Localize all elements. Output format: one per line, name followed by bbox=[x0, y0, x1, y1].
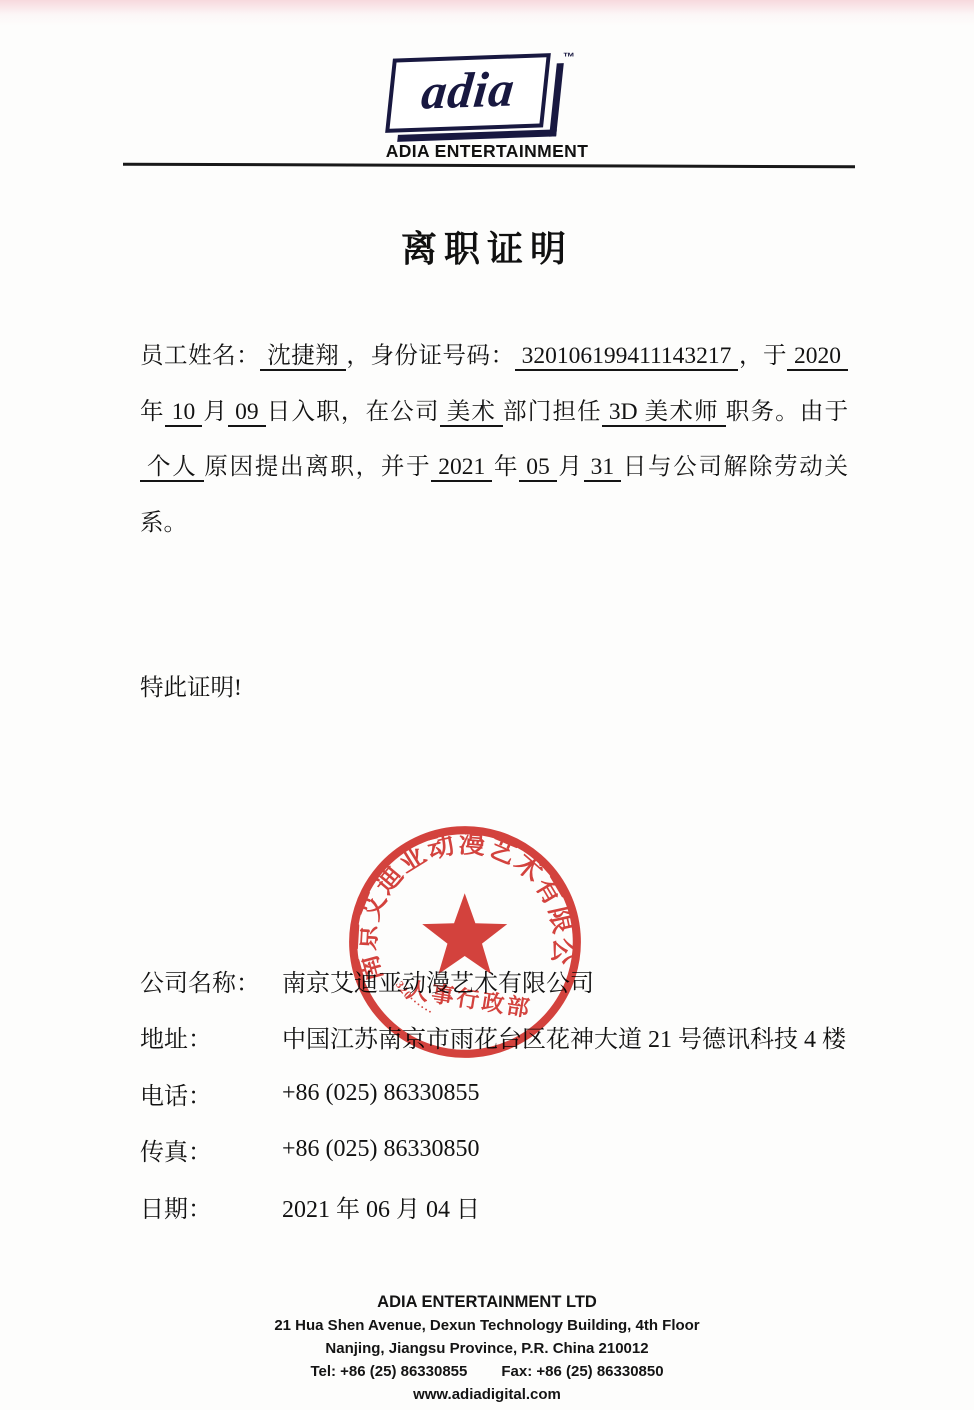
info-label: 地址： bbox=[140, 1019, 282, 1054]
body-text: ，身份证号码： bbox=[346, 343, 514, 369]
leave-day-field: 31 bbox=[584, 454, 622, 482]
document-title: 离职证明 bbox=[0, 221, 974, 272]
star-icon bbox=[422, 893, 507, 974]
footer-website: www.adiadigital.com bbox=[0, 1383, 974, 1406]
reason-field: 个人 bbox=[140, 454, 204, 482]
info-value: 2021 年 06 月 04 日 bbox=[282, 1189, 880, 1224]
hire-day-field: 09 bbox=[228, 399, 266, 427]
footer-fax: Fax: +86 (25) 86330850 bbox=[501, 1360, 663, 1383]
seal-company-arc-text: 南京艾迪亚动漫艺术有限公司 bbox=[335, 812, 582, 987]
id-number-field: 320106199411143217 bbox=[515, 343, 739, 371]
document-page: adia ™ ADIA ENTERTAINMENT 离职证明 员工姓名：沈捷翔，… bbox=[0, 0, 974, 1410]
info-row-fax: 传真： +86 (025) 86330850 bbox=[140, 1122, 880, 1179]
body-text: 部门担任 bbox=[503, 399, 602, 425]
body-text: ，于 bbox=[738, 343, 787, 369]
body-text: 年 bbox=[140, 399, 165, 425]
info-row-phone: 电话： +86 (025) 86330855 bbox=[140, 1065, 880, 1122]
hire-month-field: 10 bbox=[165, 399, 203, 427]
company-seal: 南京艾迪亚动漫艺术有限公司 人事行政部 320······ bbox=[335, 812, 595, 1072]
body-paragraph: 员工姓名：沈捷翔，身份证号码：320106199411143217，于2020年… bbox=[140, 329, 848, 551]
body-text: 月 bbox=[557, 454, 584, 480]
scan-noise-band bbox=[0, 0, 974, 26]
footer-address-line1: 21 Hua Shen Avenue, Dexun Technology Bui… bbox=[0, 1314, 974, 1337]
position-field: 3D 美术师 bbox=[602, 399, 726, 427]
info-label: 电话： bbox=[140, 1076, 282, 1111]
footer-address-line2: Nanjing, Jiangsu Province, P.R. China 21… bbox=[0, 1337, 974, 1360]
body-text: 月 bbox=[202, 399, 228, 425]
body-text: 日入职，在公司 bbox=[266, 399, 440, 425]
hire-year-field: 2020 bbox=[787, 343, 848, 371]
logo-box: adia bbox=[385, 53, 551, 133]
info-row-date: 日期： 2021 年 06 月 04 日 bbox=[140, 1178, 880, 1235]
header-divider bbox=[123, 163, 855, 169]
leave-month-field: 05 bbox=[519, 454, 557, 482]
body-text: 员工姓名： bbox=[140, 343, 260, 369]
footer-tel: Tel: +86 (25) 86330855 bbox=[310, 1360, 467, 1383]
footer-company-name: ADIA ENTERTAINMENT LTD bbox=[0, 1291, 974, 1314]
leave-year-field: 2021 bbox=[431, 454, 492, 482]
body-text: 年 bbox=[492, 454, 519, 480]
footer-block: ADIA ENTERTAINMENT LTD 21 Hua Shen Avenu… bbox=[0, 1291, 974, 1406]
footer-tel-fax-line: Tel: +86 (25) 86330855Fax: +86 (25) 8633… bbox=[0, 1360, 974, 1383]
info-value: +86 (025) 86330855 bbox=[282, 1080, 880, 1107]
info-label: 传真： bbox=[140, 1132, 282, 1167]
body-text: 原因提出离职，并于 bbox=[204, 454, 431, 480]
attestation-line: 特此证明! bbox=[140, 668, 242, 702]
info-label: 日期： bbox=[140, 1189, 282, 1224]
department-field: 美术 bbox=[440, 399, 503, 427]
trademark-symbol: ™ bbox=[563, 50, 575, 64]
brand-name: ADIA ENTERTAINMENT bbox=[0, 141, 974, 162]
info-value: +86 (025) 86330850 bbox=[282, 1136, 880, 1163]
info-label: 公司名称： bbox=[140, 963, 282, 998]
logo-wordmark: adia bbox=[419, 63, 518, 122]
adia-logo: adia ™ bbox=[379, 50, 579, 150]
employee-name-field: 沈捷翔 bbox=[260, 343, 346, 371]
body-text: 职务。由于 bbox=[726, 399, 848, 425]
